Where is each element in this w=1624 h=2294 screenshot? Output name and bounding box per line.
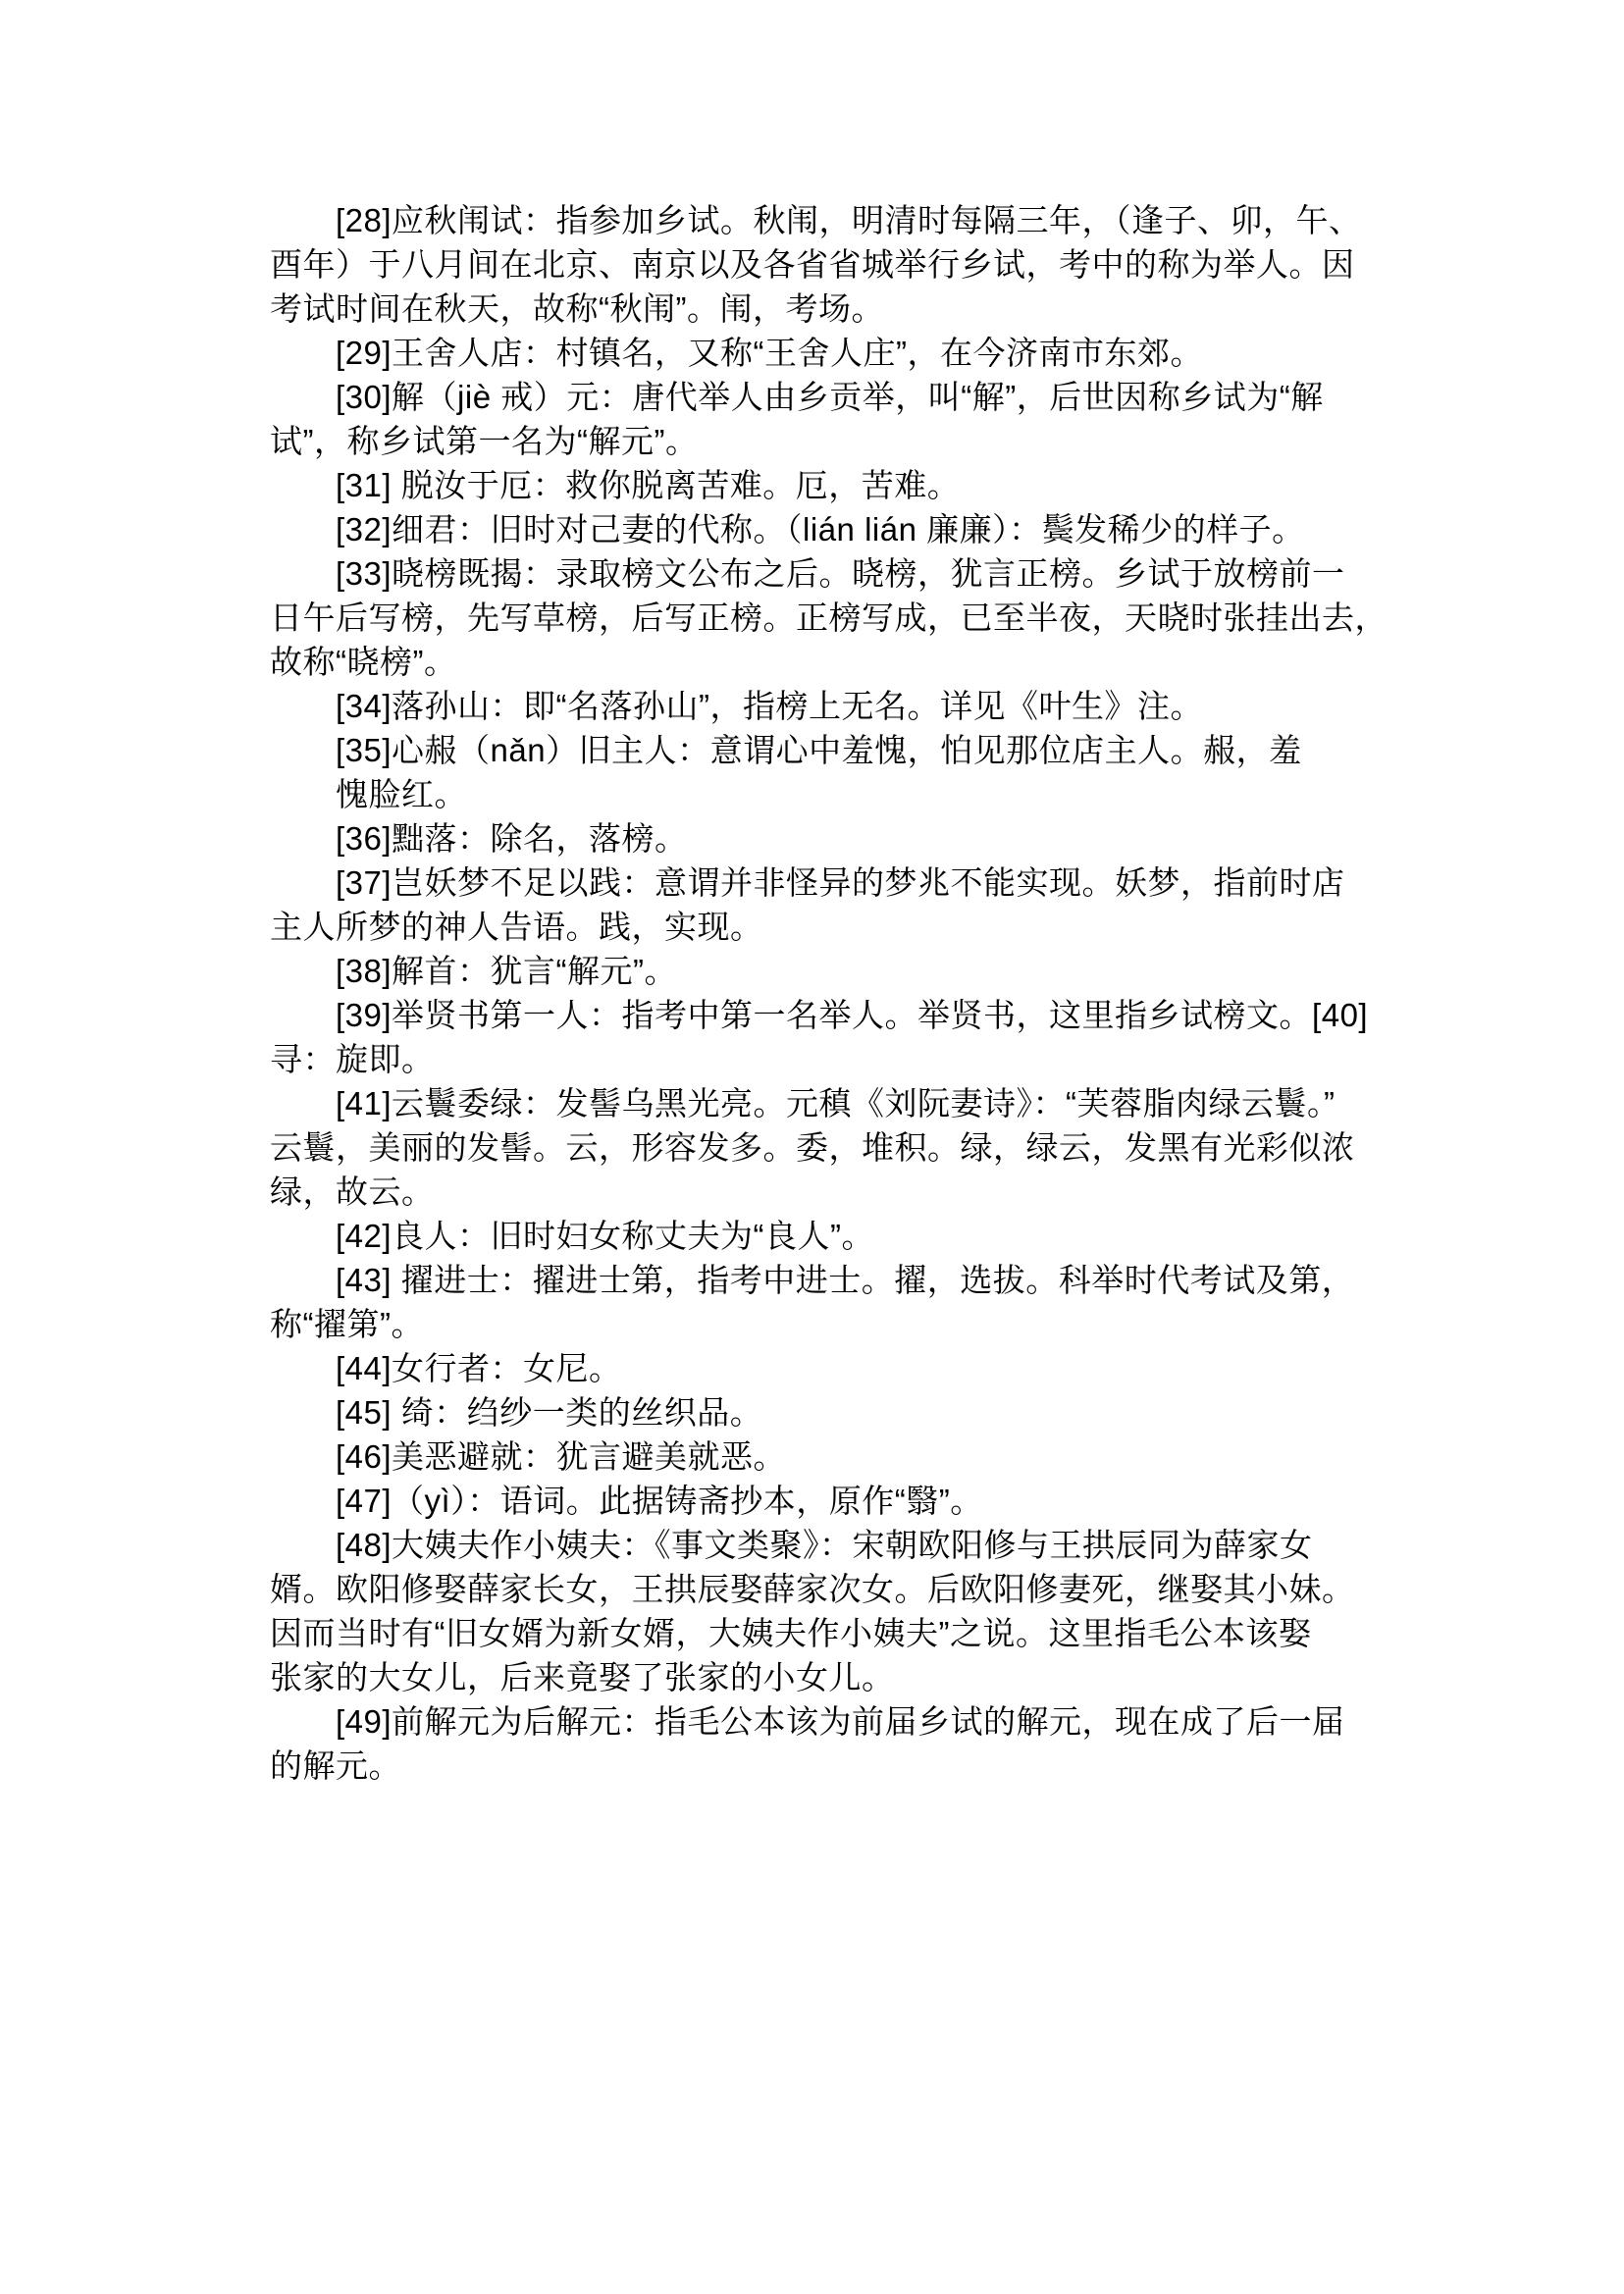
note-paragraph: [46]美恶避就：犹言避美就恶。 <box>270 1434 1388 1479</box>
note-paragraph: [47]（yì）：语词。此据铸斋抄本，原作“翳”。 <box>270 1479 1388 1523</box>
note-paragraph: [35]心赧（nǎn）旧主人：意谓心中羞愧，怕见那位店主人。赧，羞 愧脸红。 <box>270 728 1388 816</box>
text-line: 称“擢第”。 <box>270 1302 1388 1346</box>
note-paragraph: [42]良人：旧时妇女称丈夫为“良人”。 <box>270 1214 1388 1258</box>
text-line: [31] 脱汝于厄：救你脱离苦难。厄，苦难。 <box>270 463 1388 507</box>
note-paragraph: [30]解（jiè 戒）元：唐代举人由乡贡举，叫“解”，后世因称乡试为“解试”，… <box>270 375 1388 463</box>
text-line: [43] 擢进士：擢进士第，指考中进士。擢，选拔。科举时代考试及第， <box>270 1258 1388 1302</box>
text-line: [37]岂妖梦不足以践：意谓并非怪异的梦兆不能实现。妖梦，指前时店 <box>270 860 1388 905</box>
text-line: 因而当时有“旧女婿为新女婿，大姨夫作小姨夫”之说。这里指毛公本该娶 <box>270 1611 1388 1655</box>
text-line: [45] 绮：绉纱一类的丝织品。 <box>270 1390 1388 1434</box>
text-line: [30]解（jiè 戒）元：唐代举人由乡贡举，叫“解”，后世因称乡试为“解 <box>270 375 1388 419</box>
text-line: 试”，称乡试第一名为“解元”。 <box>270 419 1388 463</box>
text-line: [35]心赧（nǎn）旧主人：意谓心中羞愧，怕见那位店主人。赧，羞 <box>270 728 1388 772</box>
note-paragraph: [37]岂妖梦不足以践：意谓并非怪异的梦兆不能实现。妖梦，指前时店主人所梦的神人… <box>270 860 1388 949</box>
text-line: [28]应秋闱试：指参加乡试。秋闱，明清时每隔三年，（逢子、卯，午、 <box>270 198 1388 242</box>
text-line: 日午后写榜，先写草榜，后写正榜。正榜写成，已至半夜，天晓时张挂出去， <box>270 596 1388 640</box>
text-line: [38]解首：犹言“解元”。 <box>270 949 1388 993</box>
note-paragraph: [45] 绮：绉纱一类的丝织品。 <box>270 1390 1388 1434</box>
text-line: 的解元。 <box>270 1744 1388 1788</box>
note-paragraph: [29]王舍人店：村镇名，又称“王舍人庄”，在今济南市东郊。 <box>270 331 1388 375</box>
note-paragraph: [39]举贤书第一人：指考中第一名举人。举贤书，这里指乡试榜文。[40]寻：旋即… <box>270 993 1388 1081</box>
text-line: [33]晓榜既揭：录取榜文公布之后。晓榜，犹言正榜。乡试于放榜前一 <box>270 551 1388 596</box>
text-line: 考试时间在秋天，故称“秋闱”。闱，考场。 <box>270 287 1388 331</box>
text-line: [46]美恶避就：犹言避美就恶。 <box>270 1434 1388 1479</box>
note-paragraph: [48]大姨夫作小姨夫：《事文类聚》：宋朝欧阳修与王拱辰同为薛家女婿。欧阳修娶薛… <box>270 1523 1388 1699</box>
note-paragraph: [28]应秋闱试：指参加乡试。秋闱，明清时每隔三年，（逢子、卯，午、酉年）于八月… <box>270 198 1388 331</box>
text-line: [47]（yì）：语词。此据铸斋抄本，原作“翳”。 <box>270 1479 1388 1523</box>
text-line: [42]良人：旧时妇女称丈夫为“良人”。 <box>270 1214 1388 1258</box>
text-line: 主人所梦的神人告语。践，实现。 <box>270 905 1388 949</box>
text-line: 故称“晓榜”。 <box>270 640 1388 684</box>
text-line: 绿，故云。 <box>270 1170 1388 1214</box>
note-paragraph: [34]落孙山：即“名落孙山”，指榜上无名。详见《叶生》注。 <box>270 684 1388 728</box>
text-line: 婿。欧阳修娶薛家长女，王拱辰娶薛家次女。后欧阳修妻死，继娶其小妹。 <box>270 1567 1388 1611</box>
text-line: 愧脸红。 <box>270 772 1388 816</box>
text-line: [44]女行者：女尼。 <box>270 1346 1388 1390</box>
text-line: [48]大姨夫作小姨夫：《事文类聚》：宋朝欧阳修与王拱辰同为薛家女 <box>270 1523 1388 1567</box>
note-paragraph: [38]解首：犹言“解元”。 <box>270 949 1388 993</box>
text-line: [29]王舍人店：村镇名，又称“王舍人庄”，在今济南市东郊。 <box>270 331 1388 375</box>
text-line: 寻：旋即。 <box>270 1037 1388 1081</box>
text-line: [36]黜落：除名，落榜。 <box>270 816 1388 860</box>
note-paragraph: [41]云鬟委绿：发髻乌黑光亮。元稹《刘阮妻诗》：“芙蓉脂肉绿云鬟。”云鬟，美丽… <box>270 1081 1388 1214</box>
text-line: 张家的大女儿，后来竟娶了张家的小女儿。 <box>270 1655 1388 1699</box>
text-line: [39]举贤书第一人：指考中第一名举人。举贤书，这里指乡试榜文。[40] <box>270 993 1388 1037</box>
text-line: 云鬟，美丽的发髻。云，形容发多。委，堆积。绿，绿云，发黑有光彩似浓 <box>270 1125 1388 1170</box>
document-page: [28]应秋闱试：指参加乡试。秋闱，明清时每隔三年，（逢子、卯，午、酉年）于八月… <box>0 0 1624 2294</box>
annotations-block: [28]应秋闱试：指参加乡试。秋闱，明清时每隔三年，（逢子、卯，午、酉年）于八月… <box>270 198 1388 1788</box>
note-paragraph: [33]晓榜既揭：录取榜文公布之后。晓榜，犹言正榜。乡试于放榜前一日午后写榜，先… <box>270 551 1388 684</box>
text-line: [41]云鬟委绿：发髻乌黑光亮。元稹《刘阮妻诗》：“芙蓉脂肉绿云鬟。” <box>270 1081 1388 1125</box>
note-paragraph: [49]前解元为后解元：指毛公本该为前届乡试的解元，现在成了后一届的解元。 <box>270 1699 1388 1788</box>
text-line: [34]落孙山：即“名落孙山”，指榜上无名。详见《叶生》注。 <box>270 684 1388 728</box>
note-paragraph: [36]黜落：除名，落榜。 <box>270 816 1388 860</box>
note-paragraph: [31] 脱汝于厄：救你脱离苦难。厄，苦难。 <box>270 463 1388 507</box>
note-paragraph: [32]细君：旧时对己妻的代称。（lián lián 廉廉）：鬓发稀少的样子。 <box>270 507 1388 551</box>
text-line: [32]细君：旧时对己妻的代称。（lián lián 廉廉）：鬓发稀少的样子。 <box>270 507 1388 551</box>
note-paragraph: [44]女行者：女尼。 <box>270 1346 1388 1390</box>
text-line: 酉年）于八月间在北京、南京以及各省省城举行乡试，考中的称为举人。因 <box>270 242 1388 287</box>
note-paragraph: [43] 擢进士：擢进士第，指考中进士。擢，选拔。科举时代考试及第，称“擢第”。 <box>270 1258 1388 1346</box>
text-line: [49]前解元为后解元：指毛公本该为前届乡试的解元，现在成了后一届 <box>270 1699 1388 1744</box>
